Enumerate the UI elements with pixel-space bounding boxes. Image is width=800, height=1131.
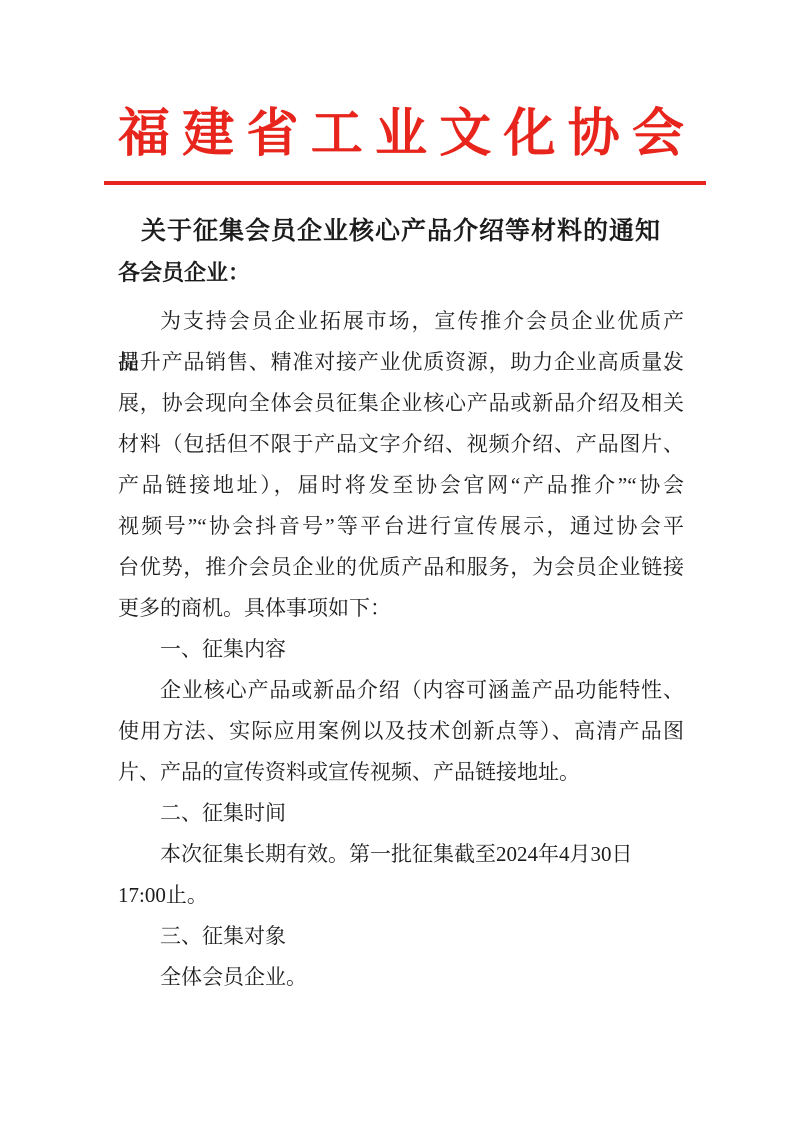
red-divider xyxy=(104,181,706,185)
body-line: 使用方法、实际应用案例以及技术创新点等）、高清产品图 xyxy=(118,711,684,752)
body-line: 更多的商机。具体事项如下： xyxy=(118,588,684,629)
letterhead-title: 福建省工业文化协会 xyxy=(118,104,684,165)
notice-body: 为支持会员企业拓展市场，宣传推介会员企业优质产品、 提升产品销售、精准对接产业优… xyxy=(118,301,684,998)
salutation: 各会员企业： xyxy=(118,257,684,289)
section-heading: 二、征集时间 xyxy=(118,793,684,834)
body-line: 企业核心产品或新品介绍（内容可涵盖产品功能特性、 xyxy=(118,670,684,711)
body-line: 产品链接地址），届时将发至协会官网“产品推介”“协会 xyxy=(118,465,684,506)
body-line: 提升产品销售、精准对接产业优质资源，助力企业高质量发 xyxy=(118,342,684,383)
body-line: 台优势，推介会员企业的优质产品和服务，为会员企业链接 xyxy=(118,547,684,588)
notice-title: 关于征集会员企业核心产品介绍等材料的通知 xyxy=(118,215,684,249)
body-line: 材料（包括但不限于产品文字介绍、视频介绍、产品图片、 xyxy=(118,424,684,465)
body-line: 全体会员企业。 xyxy=(118,957,684,998)
section-heading: 三、征集对象 xyxy=(118,916,684,957)
body-line: 视频号”“协会抖音号”等平台进行宣传展示，通过协会平 xyxy=(118,506,684,547)
notice-document: 福建省工业文化协会 关于征集会员企业核心产品介绍等材料的通知 各会员企业： 为支… xyxy=(0,0,800,1131)
body-line: 本次征集长期有效。第一批征集截至2024年4月30日 xyxy=(118,834,684,875)
body-line: 片、产品的宣传资料或宣传视频、产品链接地址。 xyxy=(118,752,684,793)
body-line: 17:00止。 xyxy=(118,875,684,916)
body-line: 为支持会员企业拓展市场，宣传推介会员企业优质产品、 xyxy=(118,301,684,342)
section-heading: 一、征集内容 xyxy=(118,629,684,670)
body-line: 展，协会现向全体会员征集企业核心产品或新品介绍及相关 xyxy=(118,383,684,424)
